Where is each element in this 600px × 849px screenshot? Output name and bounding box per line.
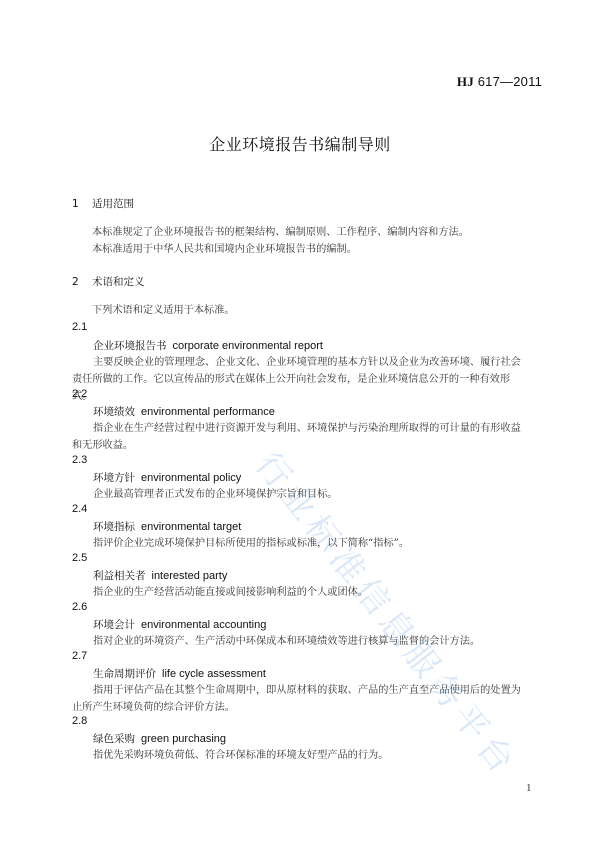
- section-2-heading: 2术语和定义: [72, 274, 145, 289]
- term-number: 2.8: [72, 715, 87, 727]
- term-heading: 环境指标environmental target: [93, 519, 241, 534]
- term-definition: 指对企业的环境资产、生产活动中环保成本和环境绩效等进行核算与监督的会计方法。: [72, 633, 530, 650]
- section-2-intro: 下列术语和定义适用于本标准。: [72, 302, 528, 319]
- term-definition: 指评价企业完成环境保护目标所使用的指标或标准，以下简称“指标”。: [72, 535, 530, 552]
- term-number: 2.5: [72, 552, 87, 564]
- term-definition: 主要反映企业的管理理念、企业文化、企业环境管理的基本方针以及企业为改善环境、履行…: [72, 354, 530, 405]
- term-number: 2.6: [72, 601, 87, 613]
- page-number: 1: [526, 782, 532, 794]
- term-heading: 环境绩效environmental performance: [93, 404, 275, 419]
- term-heading: 环境方针environmental policy: [93, 470, 241, 485]
- term-number: 2.7: [72, 650, 87, 662]
- paragraph: 本标准规定了企业环境报告书的框架结构、编制原则、工作程序、编制内容和方法。: [72, 224, 528, 241]
- section-1-heading: 1适用范围: [72, 196, 134, 211]
- term-number: 2.1: [72, 321, 87, 333]
- term-definition: 指用于评估产品在其整个生命周期中，即从原材料的获取、产品的生产直至产品使用后的处…: [72, 682, 530, 716]
- term-definition: 指企业的生产经营活动能直接或间接影响利益的个人或团体。: [72, 584, 530, 601]
- term-heading: 生命周期评价life cycle assessment: [93, 666, 266, 681]
- standard-number: HJ 617—2011: [457, 74, 542, 90]
- paragraph: 本标准适用于中华人民共和国境内企业环境报告书的编制。: [72, 241, 528, 258]
- document-title: 企业环境报告书编制导则: [0, 132, 600, 155]
- term-definition: 企业最高管理者正式发布的企业环境保护宗旨和目标。: [72, 486, 530, 503]
- term-heading: 利益相关者interested party: [93, 568, 227, 583]
- term-heading: 企业环境报告书corporate environmental report: [93, 338, 323, 353]
- term-definition: 指企业在生产经营过程中进行资源开发与利用、环境保护与污染治理所取得的可计量的有形…: [72, 420, 530, 454]
- term-number: 2.2: [72, 388, 87, 400]
- term-number: 2.3: [72, 454, 87, 466]
- section-1-body: 本标准规定了企业环境报告书的框架结构、编制原则、工作程序、编制内容和方法。 本标…: [72, 224, 528, 258]
- term-heading: 绿色采购green purchasing: [93, 731, 226, 746]
- term-number: 2.4: [72, 503, 87, 515]
- term-heading: 环境会计environmental accounting: [93, 617, 266, 632]
- term-definition: 指优先采购环境负荷低、符合环保标准的环境友好型产品的行为。: [72, 747, 530, 764]
